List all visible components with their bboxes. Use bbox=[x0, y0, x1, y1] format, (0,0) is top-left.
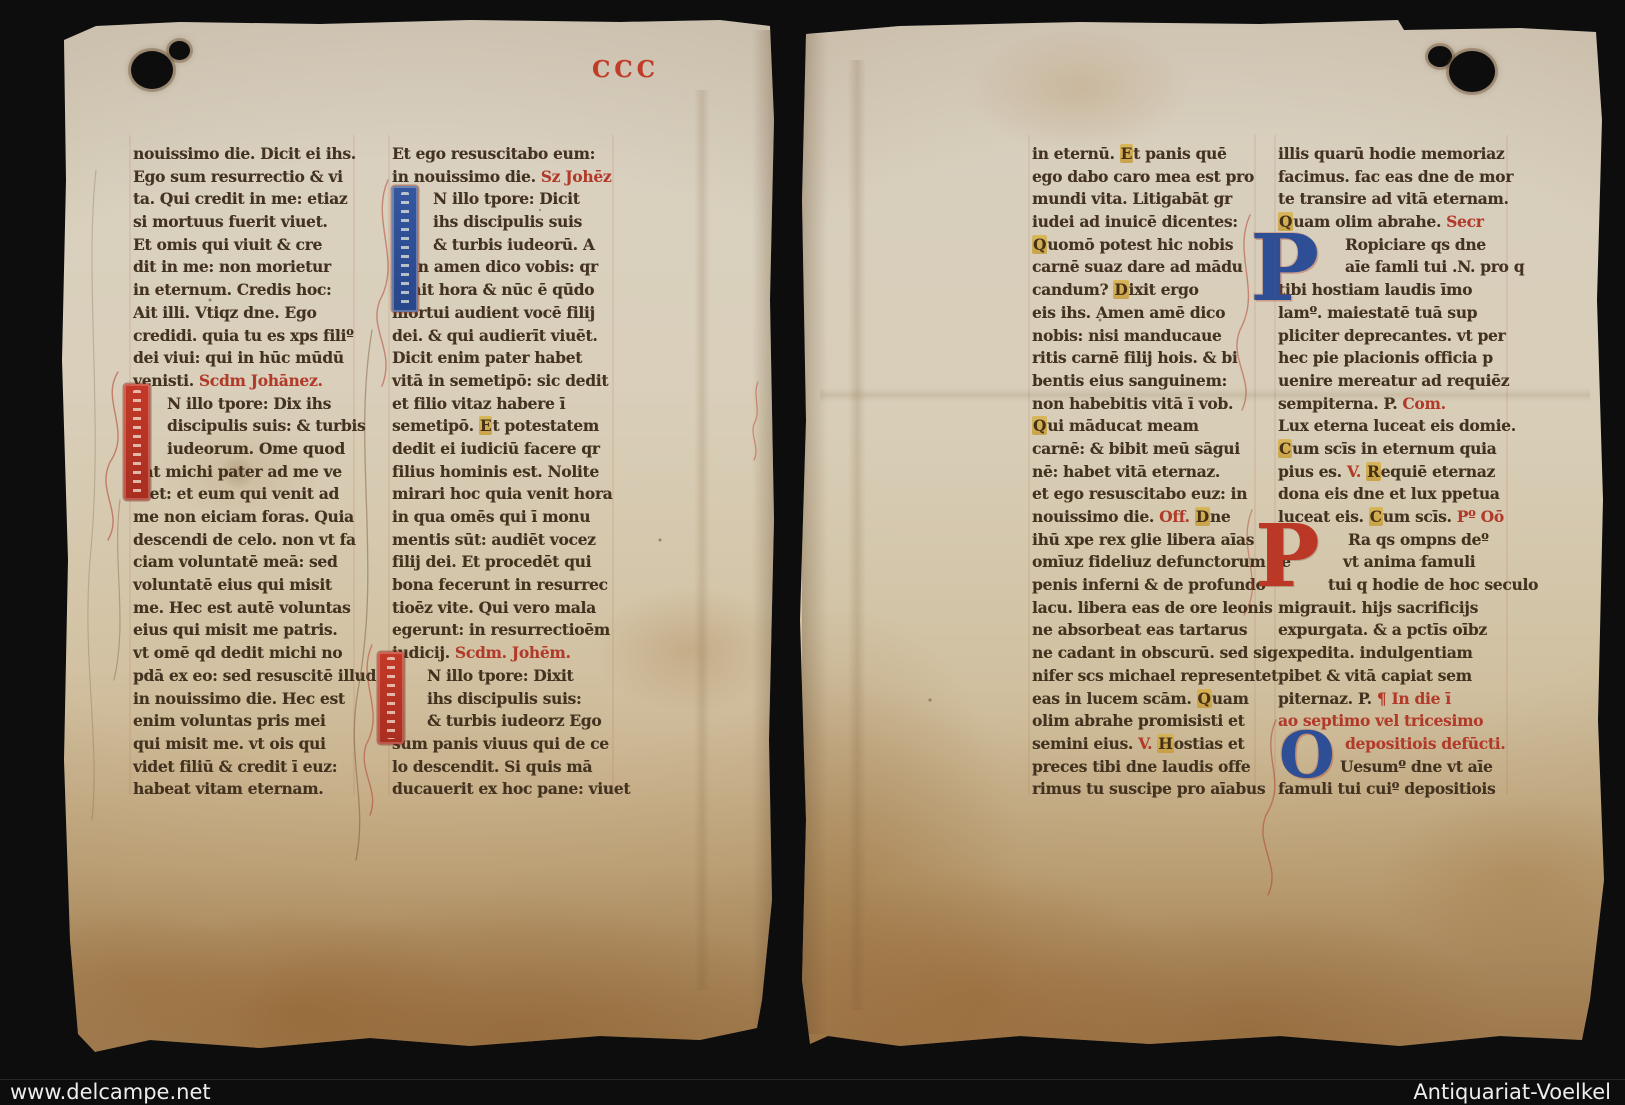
manuscript-text-line: N illo tpore: Dicit bbox=[392, 188, 612, 211]
manuscript-text-line: Dicit enim pater habet bbox=[392, 347, 612, 370]
manuscript-text-line: discipulis suis: & turbis bbox=[133, 415, 353, 438]
manuscript-text-line: uenire mereatur ad requiēz bbox=[1278, 370, 1506, 393]
manuscript-text-line: in nouissimo die. Sz Johēz bbox=[392, 166, 612, 189]
manuscript-text-line: ciam voluntatē meā: sed bbox=[133, 551, 353, 574]
manuscript-text-line: eas in lucem scām. Quam bbox=[1032, 688, 1254, 711]
manuscript-text-line: me. Hec est autē voluntas bbox=[133, 597, 353, 620]
manuscript-text-line: enim voluntas pris mei bbox=[133, 710, 353, 733]
manuscript-text-line: iudicij. Scdm. Johēm. bbox=[392, 642, 612, 665]
manuscript-text-line: preces tibi dne laudis offe bbox=[1032, 756, 1254, 779]
manuscript-text-line: nouissimo die. Off. Dne bbox=[1032, 506, 1254, 529]
manuscript-text-line: piternaz. P. ¶ In die ī bbox=[1278, 688, 1506, 711]
divider-line bbox=[0, 1079, 1625, 1080]
manuscript-text-line: et filio vitaz habere ī bbox=[392, 393, 612, 416]
manuscript-text-line: pdā ex eo: sed resuscitē illud bbox=[133, 665, 353, 688]
manuscript-text-line: et ego resuscitabo euz: in bbox=[1032, 483, 1254, 506]
manuscript-text-line: lacu. libera eas de ore leonis bbox=[1032, 597, 1254, 620]
text-column-right-1: in eternū. Et panis quēego dabo caro mea… bbox=[1032, 143, 1254, 801]
manuscript-text-line: nobis: nisi manducaue bbox=[1032, 325, 1254, 348]
manuscript-text-line: & turbis iudeorū. A bbox=[392, 234, 612, 257]
decorated-initial-O: O bbox=[1279, 724, 1335, 788]
manuscript-text-line: ihs discipulis suis bbox=[392, 211, 612, 234]
parchment-hole bbox=[131, 51, 173, 89]
watermark-right: Antiquariat-Voelkel bbox=[1413, 1080, 1611, 1104]
manuscript-text-line: expedita. indulgentiam bbox=[1278, 642, 1506, 665]
manuscript-text-line: tioēz vite. Qui vero mala bbox=[392, 597, 612, 620]
decorated-initial-I bbox=[392, 186, 418, 312]
manuscript-text-line: & turbis iudeorz Ego bbox=[392, 710, 612, 733]
manuscript-text-line: qui misit me. vt ois qui bbox=[133, 733, 353, 756]
manuscript-text-line: Ego sum resurrectio & vi bbox=[133, 166, 353, 189]
manuscript-text-line: facimus. fac eas dne de mor bbox=[1278, 166, 1506, 189]
manuscript-text-line: voluntatē eius qui misit bbox=[133, 574, 353, 597]
manuscript-text-line: ritis carnē filij hois. & bi bbox=[1032, 347, 1254, 370]
manuscript-text-line: Et omis qui viuit & cre bbox=[133, 234, 353, 257]
manuscript-text-line: Ait illi. Vtiqz dne. Ego bbox=[133, 302, 353, 325]
manuscript-text-line: eis ihs. Amen amē dico bbox=[1032, 302, 1254, 325]
manuscript-text-line: hec pie placionis officia p bbox=[1278, 347, 1506, 370]
manuscript-text-line: habeat vitam eternam. bbox=[133, 778, 353, 801]
manuscript-text-line: rimus tu suscipe pro aīabus bbox=[1032, 778, 1254, 801]
manuscript-text-line: dit in me: non morietur bbox=[133, 256, 353, 279]
watermark-left: www.delcampe.net bbox=[10, 1080, 211, 1104]
manuscript-text-line: si mortuus fuerit viuet. bbox=[133, 211, 353, 234]
manuscript-text-line: niet: et eum qui venit ad bbox=[133, 483, 353, 506]
manuscript-text-line: filius hominis est. Nolite bbox=[392, 461, 612, 484]
manuscript-text-line: ducauerit ex hoc pane: viuet bbox=[392, 778, 612, 801]
manuscript-text-line: Quomō potest hic nobis bbox=[1032, 234, 1254, 257]
manuscript-text-line: egerunt: in resurrectioēm bbox=[392, 619, 612, 642]
manuscript-text-line: in nouissimo die. Hec est bbox=[133, 688, 353, 711]
text-column-left-2: Et ego resuscitabo eum:in nouissimo die.… bbox=[392, 143, 612, 801]
manuscript-text-line: venisti. Scdm Johānez. bbox=[133, 370, 353, 393]
manuscript-text-line: dei. & qui audierīt viuēt. bbox=[392, 325, 612, 348]
manuscript-text-line: omīuz fideliuz defunctorum de bbox=[1032, 551, 1254, 574]
manuscript-text-line: bona fecerunt in resurrec bbox=[392, 574, 612, 597]
parchment-hole bbox=[1449, 51, 1495, 92]
manuscript-text-line: N illo tpore: Dixit bbox=[392, 665, 612, 688]
manuscript-text-line: venit hora & nūc ē qūdo bbox=[392, 279, 612, 302]
manuscript-text-line: semetipō. Et potestatem bbox=[392, 415, 612, 438]
manuscript-text-line: ta. Qui credit in me: etiaz bbox=[133, 188, 353, 211]
manuscript-text-line: olim abrahe promisisti et bbox=[1032, 710, 1254, 733]
manuscript-text-line: N illo tpore: Dix ihs bbox=[133, 393, 353, 416]
manuscript-text-line: illis quarū hodie memoriaz bbox=[1278, 143, 1506, 166]
manuscript-text-line: nouissimo die. Dicit ei ihs. bbox=[133, 143, 353, 166]
manuscript-text-line: expurgata. & a pctīs oībz bbox=[1278, 619, 1506, 642]
parchment-hole bbox=[1428, 46, 1452, 67]
manuscript-text-line: me non eiciam foras. Quia bbox=[133, 506, 353, 529]
manuscript-text-line: ne absorbeat eas tartarus bbox=[1032, 619, 1254, 642]
manuscript-text-line: mentis sūt: audiēt vocez bbox=[392, 529, 612, 552]
manuscript-text-line: ego dabo caro mea est pro bbox=[1032, 166, 1254, 189]
manuscript-text-line: credidi. quia tu es xps filiº bbox=[133, 325, 353, 348]
text-column-left-1: nouissimo die. Dicit ei ihs.Ego sum resu… bbox=[133, 143, 353, 801]
manuscript-text-line: iudei ad inuicē dicentes: bbox=[1032, 211, 1254, 234]
manuscript-text-line: vitā in semetipō: sic dedit bbox=[392, 370, 612, 393]
manuscript-text-line: Cum scīs in eternum quia bbox=[1278, 438, 1506, 461]
manuscript-text-line: men amen dico vobis: qr bbox=[392, 256, 612, 279]
gutter-shadow bbox=[752, 30, 774, 1030]
parchment-hole bbox=[169, 41, 190, 60]
manuscript-text-line: nifer scs michael representet bbox=[1032, 665, 1254, 688]
manuscript-text-line: descendi de celo. non vt fa bbox=[133, 529, 353, 552]
manuscript-text-line: pliciter deprecantes. vt per bbox=[1278, 325, 1506, 348]
manuscript-text-line: nē: habet vitā eternaz. bbox=[1032, 461, 1254, 484]
manuscript-text-line: carnē: & bibit meū sāgui bbox=[1032, 438, 1254, 461]
manuscript-text-line: ihs discipulis suis: bbox=[392, 688, 612, 711]
manuscript-text-line: Et ego resuscitabo eum: bbox=[392, 143, 612, 166]
manuscript-text-line: sum panis viuus qui de ce bbox=[392, 733, 612, 756]
manuscript-text-line: in eternū. Et panis quē bbox=[1032, 143, 1254, 166]
manuscript-text-line: vt omē qd dedit michi no bbox=[133, 642, 353, 665]
gutter-shadow bbox=[802, 34, 828, 1034]
decorated-initial-I bbox=[124, 384, 150, 500]
manuscript-text-line: te transire ad vitā eternam. bbox=[1278, 188, 1506, 211]
manuscript-text-line: sempiterna. P. Com. bbox=[1278, 393, 1506, 416]
manuscript-text-line: pius es. V. Requiē eternaz bbox=[1278, 461, 1506, 484]
manuscript-text-line: Lux eterna luceat eis domie. bbox=[1278, 415, 1506, 438]
manuscript-text-line: dedit ei iudiciū facere qr bbox=[392, 438, 612, 461]
manuscript-text-line: filij dei. Et procedēt qui bbox=[392, 551, 612, 574]
manuscript-text-line: ne cadant in obscurū. sed sig bbox=[1032, 642, 1254, 665]
manuscript-text-line: mirari hoc quia venit hora bbox=[392, 483, 612, 506]
manuscript-text-line: mortui audient vocē filij bbox=[392, 302, 612, 325]
manuscript-text-line: in qua omēs qui ī monu bbox=[392, 506, 612, 529]
folio-number: CCC bbox=[592, 56, 659, 83]
manuscript-text-line: mundi vita. Litigabāt gr bbox=[1032, 188, 1254, 211]
manuscript-text-line: bentis eius sanguinem: bbox=[1032, 370, 1254, 393]
manuscript-text-line: semini eius. V. Hostias et bbox=[1032, 733, 1254, 756]
manuscript-text-line: dona eis dne et lux ppetua bbox=[1278, 483, 1506, 506]
manuscript-text-line: in eternum. Credis hoc: bbox=[133, 279, 353, 302]
manuscript-text-line: eius qui misit me patris. bbox=[133, 619, 353, 642]
decorated-initial-P: P bbox=[1250, 222, 1319, 314]
manuscript-text-line: Qui māducat meam bbox=[1032, 415, 1254, 438]
manuscript-text-line: pibet & vitā capiat sem bbox=[1278, 665, 1506, 688]
manuscript-text-line: non habebitis vitā ī vob. bbox=[1032, 393, 1254, 416]
photo-canvas: CCC nouissimo die. Dicit ei ihs.Ego sum … bbox=[0, 0, 1625, 1105]
decorated-initial-P: P bbox=[1255, 514, 1320, 600]
manuscript-text-line: penis inferni & de profundo bbox=[1032, 574, 1254, 597]
manuscript-text-line: dei viui: qui in hūc mūdū bbox=[133, 347, 353, 370]
decorated-initial-I bbox=[378, 652, 404, 744]
manuscript-text-line: dat michi pater ad me ve bbox=[133, 461, 353, 484]
manuscript-text-line: carnē suaz dare ad mādu bbox=[1032, 256, 1254, 279]
manuscript-text-line: iudeorum. Ome quod bbox=[133, 438, 353, 461]
manuscript-text-line: videt filiū & credit ī euz: bbox=[133, 756, 353, 779]
manuscript-text-line: lo descendit. Si quis mā bbox=[392, 756, 612, 779]
manuscript-text-line: candum? Dixit ergo bbox=[1032, 279, 1254, 302]
parchment-crease bbox=[848, 60, 866, 1010]
parchment-crease bbox=[694, 90, 710, 990]
manuscript-text-line: ihū xpe rex glie libera aīas bbox=[1032, 529, 1254, 552]
